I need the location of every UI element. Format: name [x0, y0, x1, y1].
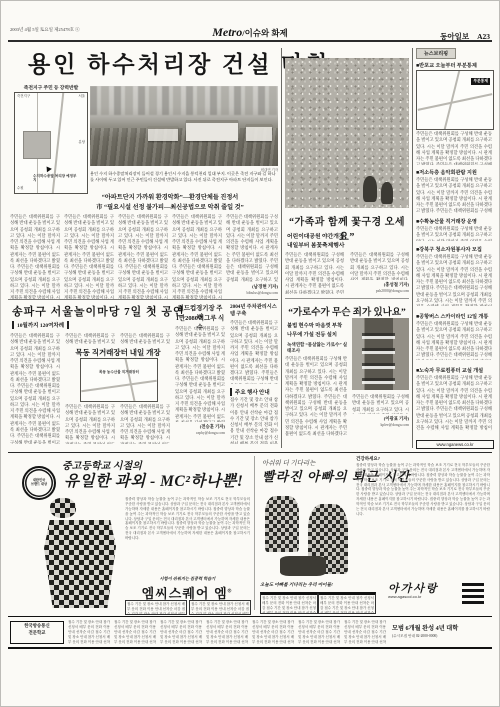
- map-arrow-icon: [44, 165, 52, 173]
- header-rule: [8, 40, 492, 42]
- brief-body-3: 주민들은 대책위원회를 구성해 반대 운동을 벌이고 있으며 공청회 개최를 요…: [416, 226, 492, 241]
- photo-house: [186, 120, 238, 141]
- brief-title-6: ■노숙자 무료컴퓨터 교실 개설: [416, 367, 492, 374]
- flower-subhead-2: 내일부터 봄꽃축제행사: [287, 240, 344, 249]
- tree-subhead-1: 불법 현수막 마음껏 부착: [287, 321, 342, 329]
- main-body-col-1: 주민들은 대책위원회를 구성해 반대 운동을 벌이고 있으며 공청회 개최를 요…: [10, 214, 60, 299]
- mokdong-map-label: 목동 농수산물 직거래장터: [91, 371, 147, 375]
- flower-body-col-2: 주민들은 대책위원회를 구성해 반대 운동을 벌이고 있으며 공청회 개최를 요…: [350, 252, 409, 280]
- main-email: bibulus@donga.com: [226, 291, 278, 295]
- ad-left-note: 시험이 쉬워지는 집중력 학습기: [125, 576, 250, 582]
- worldcup-byline: (전승훈 기자): [175, 424, 225, 430]
- strip-col-2: 접수 기간 및 장소 안내 참가 신청서 배부 문의 전화 이용 안내 선착순 …: [114, 620, 156, 644]
- brief-map: 부분통제: [416, 70, 494, 130]
- metro-logo: Metro: [212, 25, 242, 39]
- strip-logo-box: 한국방송통신 전문학교: [10, 621, 64, 644]
- brief-body-2: 주민들은 대책위원회를 구성해 반대 운동을 벌이고 있으며 공청회 개최를 요…: [416, 177, 492, 213]
- ad-right-url: www.agasool.co.kr: [388, 594, 421, 599]
- brief-body-5: 주민들은 대책위원회를 구성해 반대 운동을 벌이고 있으며 공청회 개최를 요…: [416, 321, 492, 360]
- parking-headline: 2004년 주차관리시스템 구축: [230, 304, 278, 318]
- newspaper-page: 2003년 4월 5일 토요일 제25478호 ⓐ Metro/이슈와 화제 동…: [0, 0, 500, 707]
- tree-byline: (이광표 기자): [352, 416, 409, 422]
- flower-photo-figure-2: [381, 182, 393, 204]
- main-body-col-4: 주민들은 대책위원회를 구성해 반대 운동을 벌이고 있으며 공청회 개최를 요…: [172, 214, 222, 299]
- ad-right-figure-1: [265, 496, 299, 552]
- ad-right-minibox-2: 접수 기간 및 장소 안내 참가 신청서 배부 문의 전화 이용 안내 선착순 …: [318, 592, 376, 614]
- map-label-bundang: 분당: [78, 141, 85, 145]
- mid-col-b-top: 주민들은 대책위원회를 구성해 반대 운동을 벌이고 있으며 공청회 개최를 요…: [65, 333, 115, 344]
- ad-left-figure-head: [50, 498, 76, 518]
- strip-right-sub: (수시모집 안내 02-2000-0000): [392, 634, 488, 639]
- mokdong-headline: 목동 직거래장터 내일 개장: [65, 347, 171, 358]
- briefs-title: 뉴스브리핑: [416, 48, 456, 59]
- mokdong-map: 목동 농수산물 직거래장터: [80, 358, 158, 402]
- photo-skyline: [90, 86, 278, 115]
- classified-strip: 한국방송통신 전문학교 접수 기간 및 장소 안내 참가 신청서 배부 문의 전…: [8, 616, 492, 649]
- strip-col-4: 접수 기간 및 장소 안내 참가 신청서 배부 문의 전화 이용 안내 선착순 …: [206, 620, 248, 644]
- songpa-headline: 송파구 서울놀이마당 7일 첫 공연: [12, 303, 185, 319]
- flower-tree-divider: [285, 298, 409, 299]
- tree-body-col-2: 주민들은 대책위원회를 구성해 반대 운동을 벌이고 있으며 공청회 개최를 요…: [352, 394, 409, 414]
- strip-logo-line-2: 전문학교: [11, 630, 63, 637]
- mid-col-e: 주민들은 대책위원회를 구성해 반대 운동을 벌이고 있으며 공청회 개최를 요…: [230, 320, 278, 384]
- map-title: 죽전지구 주민 등 강력반발: [14, 84, 88, 91]
- map-site-label: 수지하수종말 처리장 예정부지: [33, 175, 79, 183]
- strip-logo-line-1: 한국방송통신: [11, 623, 63, 630]
- ad-left-logo-text: 엠씨스퀘어 엠: [142, 586, 228, 601]
- briefs-footer-url: www.nganews.co.kr: [416, 440, 494, 449]
- ad-right-copy: 집중력 향상과 학습 능률을 높여 주는 과학적인 학습 보조 기기로 전국 학…: [356, 463, 490, 575]
- ad-left-minibox-1: 접수 기간 및 장소 안내 참가 신청서 배부 문의 전화 이용 안내 선착순 …: [125, 600, 187, 615]
- brief-title-4: ■강북구 청소자원봉사자 모집: [416, 246, 492, 253]
- date-line: 2003년 4월 5일 토요일 제25478호 ⓐ: [10, 27, 80, 33]
- ad-left-figure-body: [44, 520, 116, 608]
- tree-body-col-1: 주민들은 대책위원회를 구성해 반대 운동을 벌이고 있으며 공청회 개최를 요…: [285, 356, 347, 436]
- main-byline: (남경현 기자): [226, 284, 278, 290]
- flower-subhead-1: 어린이대공원 야간개장: [287, 231, 344, 240]
- brief-title-2: ■저소득층 음악회관람 지원: [416, 169, 492, 176]
- main-body-col-2: 주민들은 대책위원회를 구성해 반대 운동을 벌이고 있으며 공청회 개최를 요…: [64, 214, 114, 299]
- photo-house-3: [246, 124, 272, 141]
- songpa-subhead: 10월까지 120여차례: [12, 321, 69, 329]
- section-header: Metro/이슈와 화제: [150, 23, 350, 41]
- tree-headline: “가로수가 무슨 죄가 있나요”: [283, 304, 411, 318]
- award-seal-icon: 대한민국 브랜드 대상: [22, 466, 56, 500]
- seal-line-2: 브랜드 대상: [31, 483, 47, 487]
- ad-right-minibox-1: 접수 기간 및 장소 안내 참가 신청서 배부 문의 전화 이용 안내 선착순 …: [260, 592, 318, 614]
- map-label-jukjeon: 죽전지구: [17, 95, 30, 99]
- flower-body-col-1: 주민들은 대책위원회를 구성해 반대 운동을 벌이고 있으며 공청회 개최를 요…: [285, 252, 344, 294]
- tree-tagline: 녹색연합 “몸살앓는 가로수” 실태조사: [287, 342, 349, 354]
- section-title: /이슈와 화제: [242, 28, 288, 38]
- photo-house-2: [148, 126, 178, 141]
- mid-section-rule: [8, 299, 278, 300]
- column-rule-1: [281, 48, 282, 448]
- ad-right-stamp-icon: [462, 580, 484, 604]
- mokdong-map-road: [81, 380, 157, 393]
- pull-quote-1: “아파트단지 가까워 환경악화”—환경단체들 진정서: [62, 192, 278, 201]
- brief-title-1: ■반포교 오늘부터 부분통제: [416, 62, 492, 69]
- ad-right-tagline: 오늘도 아빠를 기다리는 우리 아이들!: [260, 582, 390, 588]
- main-body-col-5: 주민들은 대책위원회를 구성해 반대 운동을 벌이고 있으며 공청회 개최를 요…: [226, 214, 278, 282]
- pull-quote-2: 市 “필요시설 선정 불가피—최신공법으로 악취 줄일 것”: [62, 202, 278, 211]
- strip-col-6: 접수 기간 및 장소 안내 참가 신청서 배부 문의 전화 이용 안내 선착순 …: [298, 620, 340, 644]
- strip-col-1: 접수 기간 및 장소 안내 참가 신청서 배부 문의 전화 이용 안내 선착순 …: [68, 620, 110, 644]
- mid-col-a: 주민들은 대책위원회를 구성해 반대 운동을 벌이고 있으며 공청회 개최를 요…: [10, 333, 60, 444]
- mid-col-b-bottom: 주민들은 대책위원회를 구성해 반대 운동을 벌이고 있으며 공청회 개최를 요…: [65, 404, 115, 444]
- ads-divider: [254, 456, 255, 610]
- flower-photo-figure: [363, 176, 377, 202]
- column-rule-2: [412, 48, 413, 448]
- map-label-seoul: 서울: [78, 95, 85, 99]
- tree-subhead-2: 나무에 가설 전등 설치: [287, 330, 337, 338]
- ad-right-column-head: 건강하세요?: [356, 456, 380, 462]
- flower-photo: [285, 58, 409, 208]
- worldcup-email: raphy@donga.com: [175, 431, 225, 435]
- brief-map-road: [418, 93, 493, 111]
- brief-title-3: ■수확농산물 직거래장 운영: [416, 218, 492, 225]
- tree-photo-banners: [362, 324, 395, 384]
- ads-top-rule: [8, 452, 492, 453]
- strip-col-3: 접수 기간 및 장소 안내 참가 신청서 배부 문의 전화 이용 안내 선착순 …: [160, 620, 202, 644]
- mid-col-c-top: 주민들은 대책위원회를 구성해 반대 운동을 벌이고 있으며 공청회 개최를 요…: [120, 333, 170, 344]
- ad-right-figure-3: [280, 556, 326, 576]
- strip-right-headline: 모범 6개월 완성 4년 대학: [392, 623, 488, 632]
- location-map: 죽전지구 서울 분당 수원 수지하수종말 처리장 예정부지: [14, 92, 88, 194]
- ad-left-minibox-2: 접수 기간 및 장소 안내 참가 신청서 배부 문의 전화 이용 안내 선착순 …: [189, 600, 251, 615]
- ad-left-headline-2: 유일한 과외 - MC²하나뿐!: [64, 469, 243, 491]
- map-label-suwon: 수원: [17, 187, 24, 191]
- flower-byline: (홍성철 기자): [350, 282, 409, 288]
- brief-body-4: 주민들은 대책위원회를 구성해 반대 운동을 벌이고 있으며 공청회 개최를 요…: [416, 254, 492, 306]
- brief-title-5: ■공항버스 스카이라인 12일 개통: [416, 313, 492, 320]
- main-photo: [90, 86, 278, 166]
- notice-headline: 주요 행사 안내: [230, 388, 270, 396]
- tree-photo: [352, 318, 409, 390]
- mokdong-map-road-2: [125, 359, 136, 401]
- mid-col-d: 주민들은 대책위원회를 구성해 반대 운동을 벌이고 있으며 공청회 개최를 요…: [175, 326, 225, 422]
- registered-mark-icon: ®: [228, 589, 233, 595]
- photo-caption: 용인 수지 하수종말처리장이 들어설 경기 용인시 수지읍 풍덕천리 일대 부지…: [90, 171, 278, 182]
- strip-col-5: 접수 기간 및 장소 안내 참가 신청서 배부 문의 전화 이용 안내 선착순 …: [252, 620, 294, 644]
- brief-body-1: 주민들은 대책위원회를 구성해 반대 운동을 벌이고 있으며 공청회 개최를 요…: [416, 131, 492, 165]
- main-body-col-3: 주민들은 대책위원회를 구성해 반대 운동을 벌이고 있으며 공청회 개최를 요…: [118, 214, 168, 299]
- tree-email: kplee@donga.com: [352, 423, 409, 427]
- mid-col-c-bottom: 주민들은 대책위원회를 구성해 반대 운동을 벌이고 있으며 공청회 개최를 요…: [120, 404, 170, 444]
- strip-col-7: 접수 기간 및 장소 안내 참가 신청서 배부 문의 전화 이용 안내 선착순 …: [344, 620, 386, 644]
- brief-map-tag: 부분통제: [471, 78, 490, 85]
- ad-left-copy: 집중력 향상과 학습 능률을 높여 주는 과학적인 학습 보조 기기로 전국 학…: [125, 497, 250, 573]
- brief-body-6: 주민들은 대책위원회를 구성해 반대 운동을 벌이고 있으며 공청회 개최를 요…: [416, 375, 492, 431]
- mid-col-e-bottom: 접수 기간 및 장소 안내 참가 신청서 배부 문의 전화 이용 안내 선착순 …: [230, 397, 278, 444]
- map-site-area: [23, 131, 51, 159]
- flower-email: psh2000@donga.com: [350, 289, 409, 293]
